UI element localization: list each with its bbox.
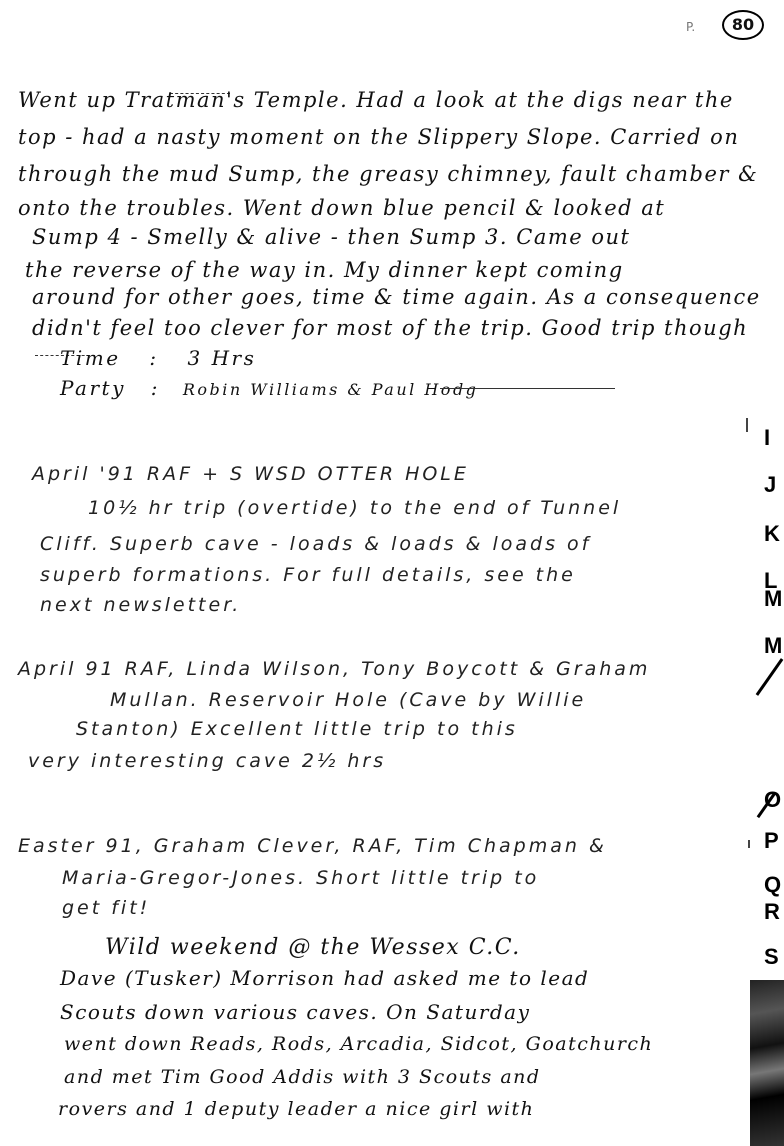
entry-line: Sump 4 - Smelly & alive - then Sump 3. C… [32, 225, 630, 249]
party-value: Robin Williams & Paul Hodg [183, 380, 479, 399]
entry-line: next newsletter. [40, 594, 241, 616]
entry-line: through the mud Sump, the greasy chimney… [18, 162, 758, 186]
corner-mark: P. [686, 20, 695, 34]
entry-line: rovers and 1 deputy leader a nice girl w… [58, 1098, 534, 1120]
entry-line: and met Tim Good Addis with 3 Scouts and [64, 1066, 541, 1088]
index-tab-letter: R [764, 899, 780, 925]
entry-line: around for other goes, time & time again… [32, 285, 761, 309]
index-tab-letter: J [764, 472, 776, 498]
entry-line: the reverse of the way in. My dinner kep… [25, 258, 624, 282]
entry-line: Stanton) Excellent little trip to this [76, 718, 518, 740]
entry-line: get fit! [62, 897, 150, 919]
margin-tick [746, 418, 748, 432]
entry-line: 10½ hr trip (overtide) to the end of Tun… [88, 497, 621, 519]
entry-line: Scouts down various caves. On Saturday [60, 1000, 530, 1024]
index-tab-letter: I [764, 425, 770, 451]
time-value: 3 Hrs [188, 346, 257, 370]
entry-line: April 91 RAF, Linda Wilson, Tony Boycott… [18, 658, 650, 680]
party-label-text: Party [60, 376, 126, 400]
time-label-text: Time [60, 346, 121, 370]
entry-line: Went up Tratman's Temple. Had a look at … [18, 88, 734, 112]
entry-line: onto the troubles. Went down blue pencil… [18, 196, 665, 220]
index-tab-letter: Q [764, 872, 781, 898]
end-line [440, 388, 615, 389]
entry-line: April '91 RAF + S WSD OTTER HOLE [32, 463, 469, 485]
index-tab-letter: M [764, 633, 782, 659]
margin-tick [748, 840, 750, 848]
index-tabs: I J K L M M O P Q R S [758, 0, 784, 1146]
index-tab-letter: K [764, 521, 780, 547]
entry-line: top - had a nasty moment on the Slippery… [18, 125, 739, 149]
index-tab-letter: P [764, 828, 779, 854]
entry-line: Dave (Tusker) Morrison had asked me to l… [60, 966, 589, 990]
index-tab-letter: M [764, 586, 782, 612]
entry-line: Cliff. Superb cave - loads & loads & loa… [40, 533, 591, 555]
entry-line: went down Reads, Rods, Arcadia, Sidcot, … [64, 1033, 653, 1055]
entry-line: Wild weekend @ the Wessex C.C. [105, 935, 521, 960]
entry-line: Maria-Gregor-Jones. Short little trip to [62, 867, 539, 889]
entry-line: Easter 91, Graham Clever, RAF, Tim Chapm… [18, 835, 607, 857]
party-label: Party : Robin Williams & Paul Hodg [60, 376, 478, 400]
scan-edge-shadow [750, 980, 784, 1146]
entry-line: didn't feel too clever for most of the t… [32, 316, 748, 340]
entry-line: Mullan. Reservoir Hole (Cave by Willie [110, 689, 586, 711]
time-label: Time : 3 Hrs [60, 346, 256, 370]
entry-line: very interesting cave 2½ hrs [28, 750, 386, 772]
index-tab-letter: S [764, 944, 779, 970]
entry-line: superb formations. For full details, see… [40, 564, 576, 586]
